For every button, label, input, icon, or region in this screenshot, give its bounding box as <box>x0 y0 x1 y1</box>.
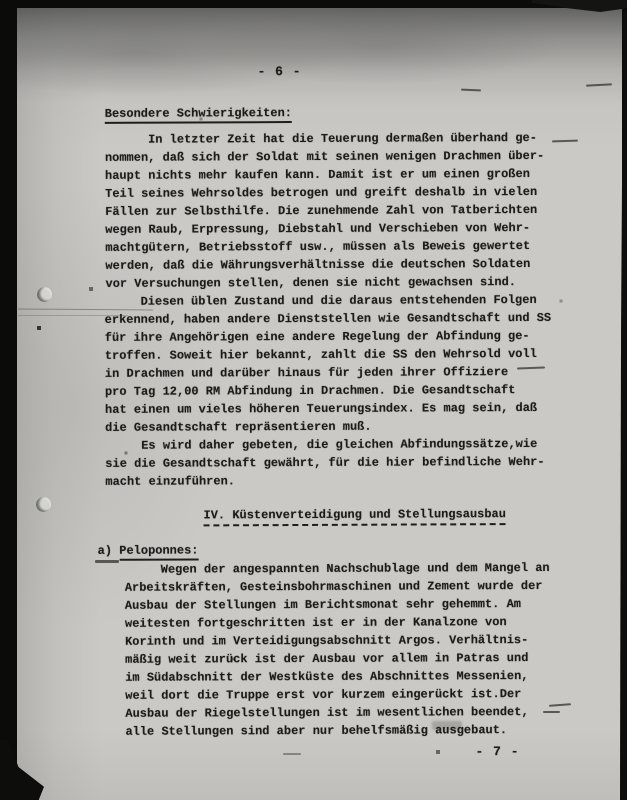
section-heading-text: Besondere Schwierigkeiten: <box>105 106 292 124</box>
paragraph-peloponnes: Wegen der angespannten Nachschublage und… <box>125 559 551 741</box>
subsection-peloponnes: a) Peloponnes: <box>98 541 199 559</box>
section-heading-coastal-defense: IV. Küstenverteidigung und Stellungsausb… <box>203 505 506 524</box>
section-heading-difficulties: Besondere Schwierigkeiten: <box>105 104 292 123</box>
subsection-title: Peloponnes: <box>119 543 198 560</box>
paragraph-inflation: In letzter Zeit hat die Teuerung dermaße… <box>105 129 545 293</box>
spacer <box>112 544 119 558</box>
typed-text-layer: - 6 - Besondere Schwierigkeiten: In letz… <box>0 0 627 800</box>
section-heading-text: IV. Küstenverteidigung und Stellungsausb… <box>203 507 506 526</box>
paragraph-request: Es wird daher gebeten, die gleichen Abfi… <box>105 435 545 491</box>
page-number-top: - 6 - <box>258 63 302 81</box>
page-number-bottom: - 7 - <box>475 743 519 761</box>
subsection-label: a) <box>98 544 112 558</box>
paragraph-other-agencies: Diesen üblen Zustand und die daraus ents… <box>105 291 552 437</box>
